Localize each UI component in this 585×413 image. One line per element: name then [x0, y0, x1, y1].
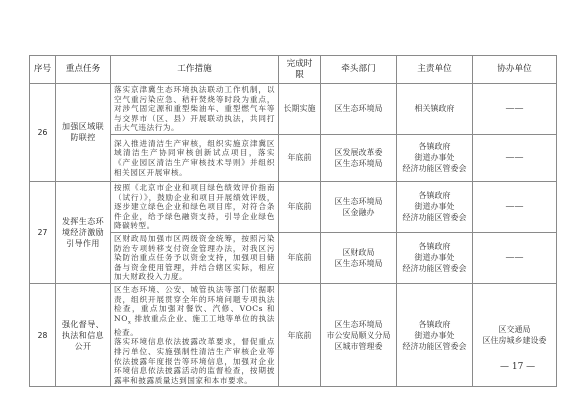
- table-row: 27 发挥生态环境经济激励引导作用 按照《北京市企业和项目绿色绩效评价指南（试行…: [30, 181, 557, 232]
- responsible-name: 经济功能区管委会: [397, 212, 472, 223]
- row-task: 加强区域联防联控: [56, 84, 111, 182]
- row-measure: 区财政局加强市区两级资金统筹，按照污染防治专项转移支付资金管理办法，对我区污染防…: [111, 232, 279, 283]
- row-responsible: 各镇政府 街道办事处 经济功能区管委会: [397, 232, 473, 283]
- assist-name: 区交通局: [473, 324, 556, 335]
- measure-part: 落实环境信息依法披露改革要求，督促重点排污单位、实施强制性清洁生产审核企业等依法…: [114, 337, 275, 385]
- row-lead-dept: 区生态环境局 区金融办: [321, 181, 397, 232]
- responsible-name: 街道办事处: [397, 252, 472, 263]
- responsible-name: 经济功能区管委会: [397, 341, 472, 352]
- header-measures: 工作措施: [111, 56, 279, 84]
- lead-dept-name: 区生态环境局: [321, 196, 396, 207]
- lead-dept-name: 区财政局: [321, 247, 396, 258]
- responsible-name: 各镇政府: [397, 319, 472, 330]
- row-lead-dept: 区生态环境局: [321, 84, 397, 135]
- responsible-name: 经济功能区管委会: [397, 263, 472, 274]
- lead-dept-name: 区城市管理委: [321, 341, 396, 352]
- row-responsible: 各镇政府 街道办事处 经济功能区管委会: [397, 283, 473, 386]
- lead-dept-name: 区发展改革委: [321, 147, 396, 158]
- row-deadline: 长期实施: [279, 84, 321, 135]
- work-plan-table: 序号 重点任务 工作措施 完成时限 牵头部门 主责单位 协办单位 26 加强区域…: [29, 55, 557, 387]
- header-lead-dept: 牵头部门: [321, 56, 397, 84]
- row-assist: ——: [473, 181, 557, 232]
- lead-dept-name: 区生态环境局: [321, 158, 396, 169]
- assist-name: 区住房城乡建设委: [473, 335, 556, 346]
- header-responsible: 主责单位: [397, 56, 473, 84]
- lead-dept-name: 区金融办: [321, 207, 396, 218]
- header-deadline: 完成时限: [279, 56, 321, 84]
- lead-dept-name: 区生态环境局: [321, 258, 396, 269]
- row-assist: ——: [473, 134, 557, 181]
- responsible-name: 街道办事处: [397, 201, 472, 212]
- row-lead-dept: 区发展改革委 区生态环境局: [321, 134, 397, 181]
- responsible-name: 各镇政府: [397, 241, 472, 252]
- responsible-name: 街道办事处: [397, 330, 472, 341]
- row-measure: 深入推进清洁生产审核，组织实施京津冀区域清洁生产协同审核创新试点项目，落实《产业…: [111, 134, 279, 181]
- header-task: 重点任务: [56, 56, 111, 84]
- row-seq: 28: [30, 283, 56, 386]
- row-deadline: 年底前: [279, 134, 321, 181]
- table-row: 26 加强区域联防联控 落实京津冀生态环境执法联动工作机制，以空气重污染应急、秸…: [30, 84, 557, 135]
- header-deadline-label: 完成时限: [287, 59, 313, 80]
- row-deadline: 年底前: [279, 181, 321, 232]
- responsible-name: 各镇政府: [397, 141, 472, 152]
- row-seq: 26: [30, 84, 56, 182]
- table-row: 28 强化督导、执法和信息公开 区生态环境、公安、城管执法等部门依据职责，组织开…: [30, 283, 557, 386]
- row-lead-dept: 区财政局 区生态环境局: [321, 232, 397, 283]
- row-measure: 按照《北京市企业和项目绿色绩效评价指南（试行）》，鼓励企业和项目开展绩效评级，逐…: [111, 181, 279, 232]
- lead-dept-name: 区生态环境局: [321, 103, 396, 114]
- row-responsible: 相关镇政府: [397, 84, 473, 135]
- responsible-name: 街道办事处: [397, 152, 472, 163]
- page-number: — 17 —: [500, 362, 535, 372]
- row-responsible: 各镇政府 街道办事处 经济功能区管委会: [397, 134, 473, 181]
- row-measure: 落实京津冀生态环境执法联动工作机制，以空气重污染应急、秸秆焚烧等时段为重点，对涉…: [111, 84, 279, 135]
- table-header-row: 序号 重点任务 工作措施 完成时限 牵头部门 主责单位 协办单位: [30, 56, 557, 84]
- row-measure: 区生态环境、公安、城管执法等部门依据职责，组织开展贯穿全年的环境问题专项执法检查…: [111, 283, 279, 386]
- row-task: 强化督导、执法和信息公开: [56, 283, 111, 386]
- row-assist: ——: [473, 232, 557, 283]
- header-assist: 协办单位: [473, 56, 557, 84]
- responsible-name: 相关镇政府: [397, 103, 472, 114]
- row-responsible: 各镇政府 街道办事处 经济功能区管委会: [397, 181, 473, 232]
- row-seq: 27: [30, 181, 56, 283]
- row-deadline: 年底前: [279, 232, 321, 283]
- responsible-name: 经济功能区管委会: [397, 163, 472, 174]
- lead-dept-name: 区生态环境局: [321, 319, 396, 330]
- row-task: 发挥生态环境经济激励引导作用: [56, 181, 111, 283]
- row-assist: ——: [473, 84, 557, 135]
- row-deadline: 年底前: [279, 283, 321, 386]
- row-lead-dept: 区生态环境局 市公安局顺义分局 区城市管理委: [321, 283, 397, 386]
- lead-dept-name: 市公安局顺义分局: [321, 330, 396, 341]
- header-seq: 序号: [30, 56, 56, 84]
- responsible-name: 各镇政府: [397, 190, 472, 201]
- measure-part: 排放重点企业、施工工地等单位的执法检查。: [114, 314, 275, 337]
